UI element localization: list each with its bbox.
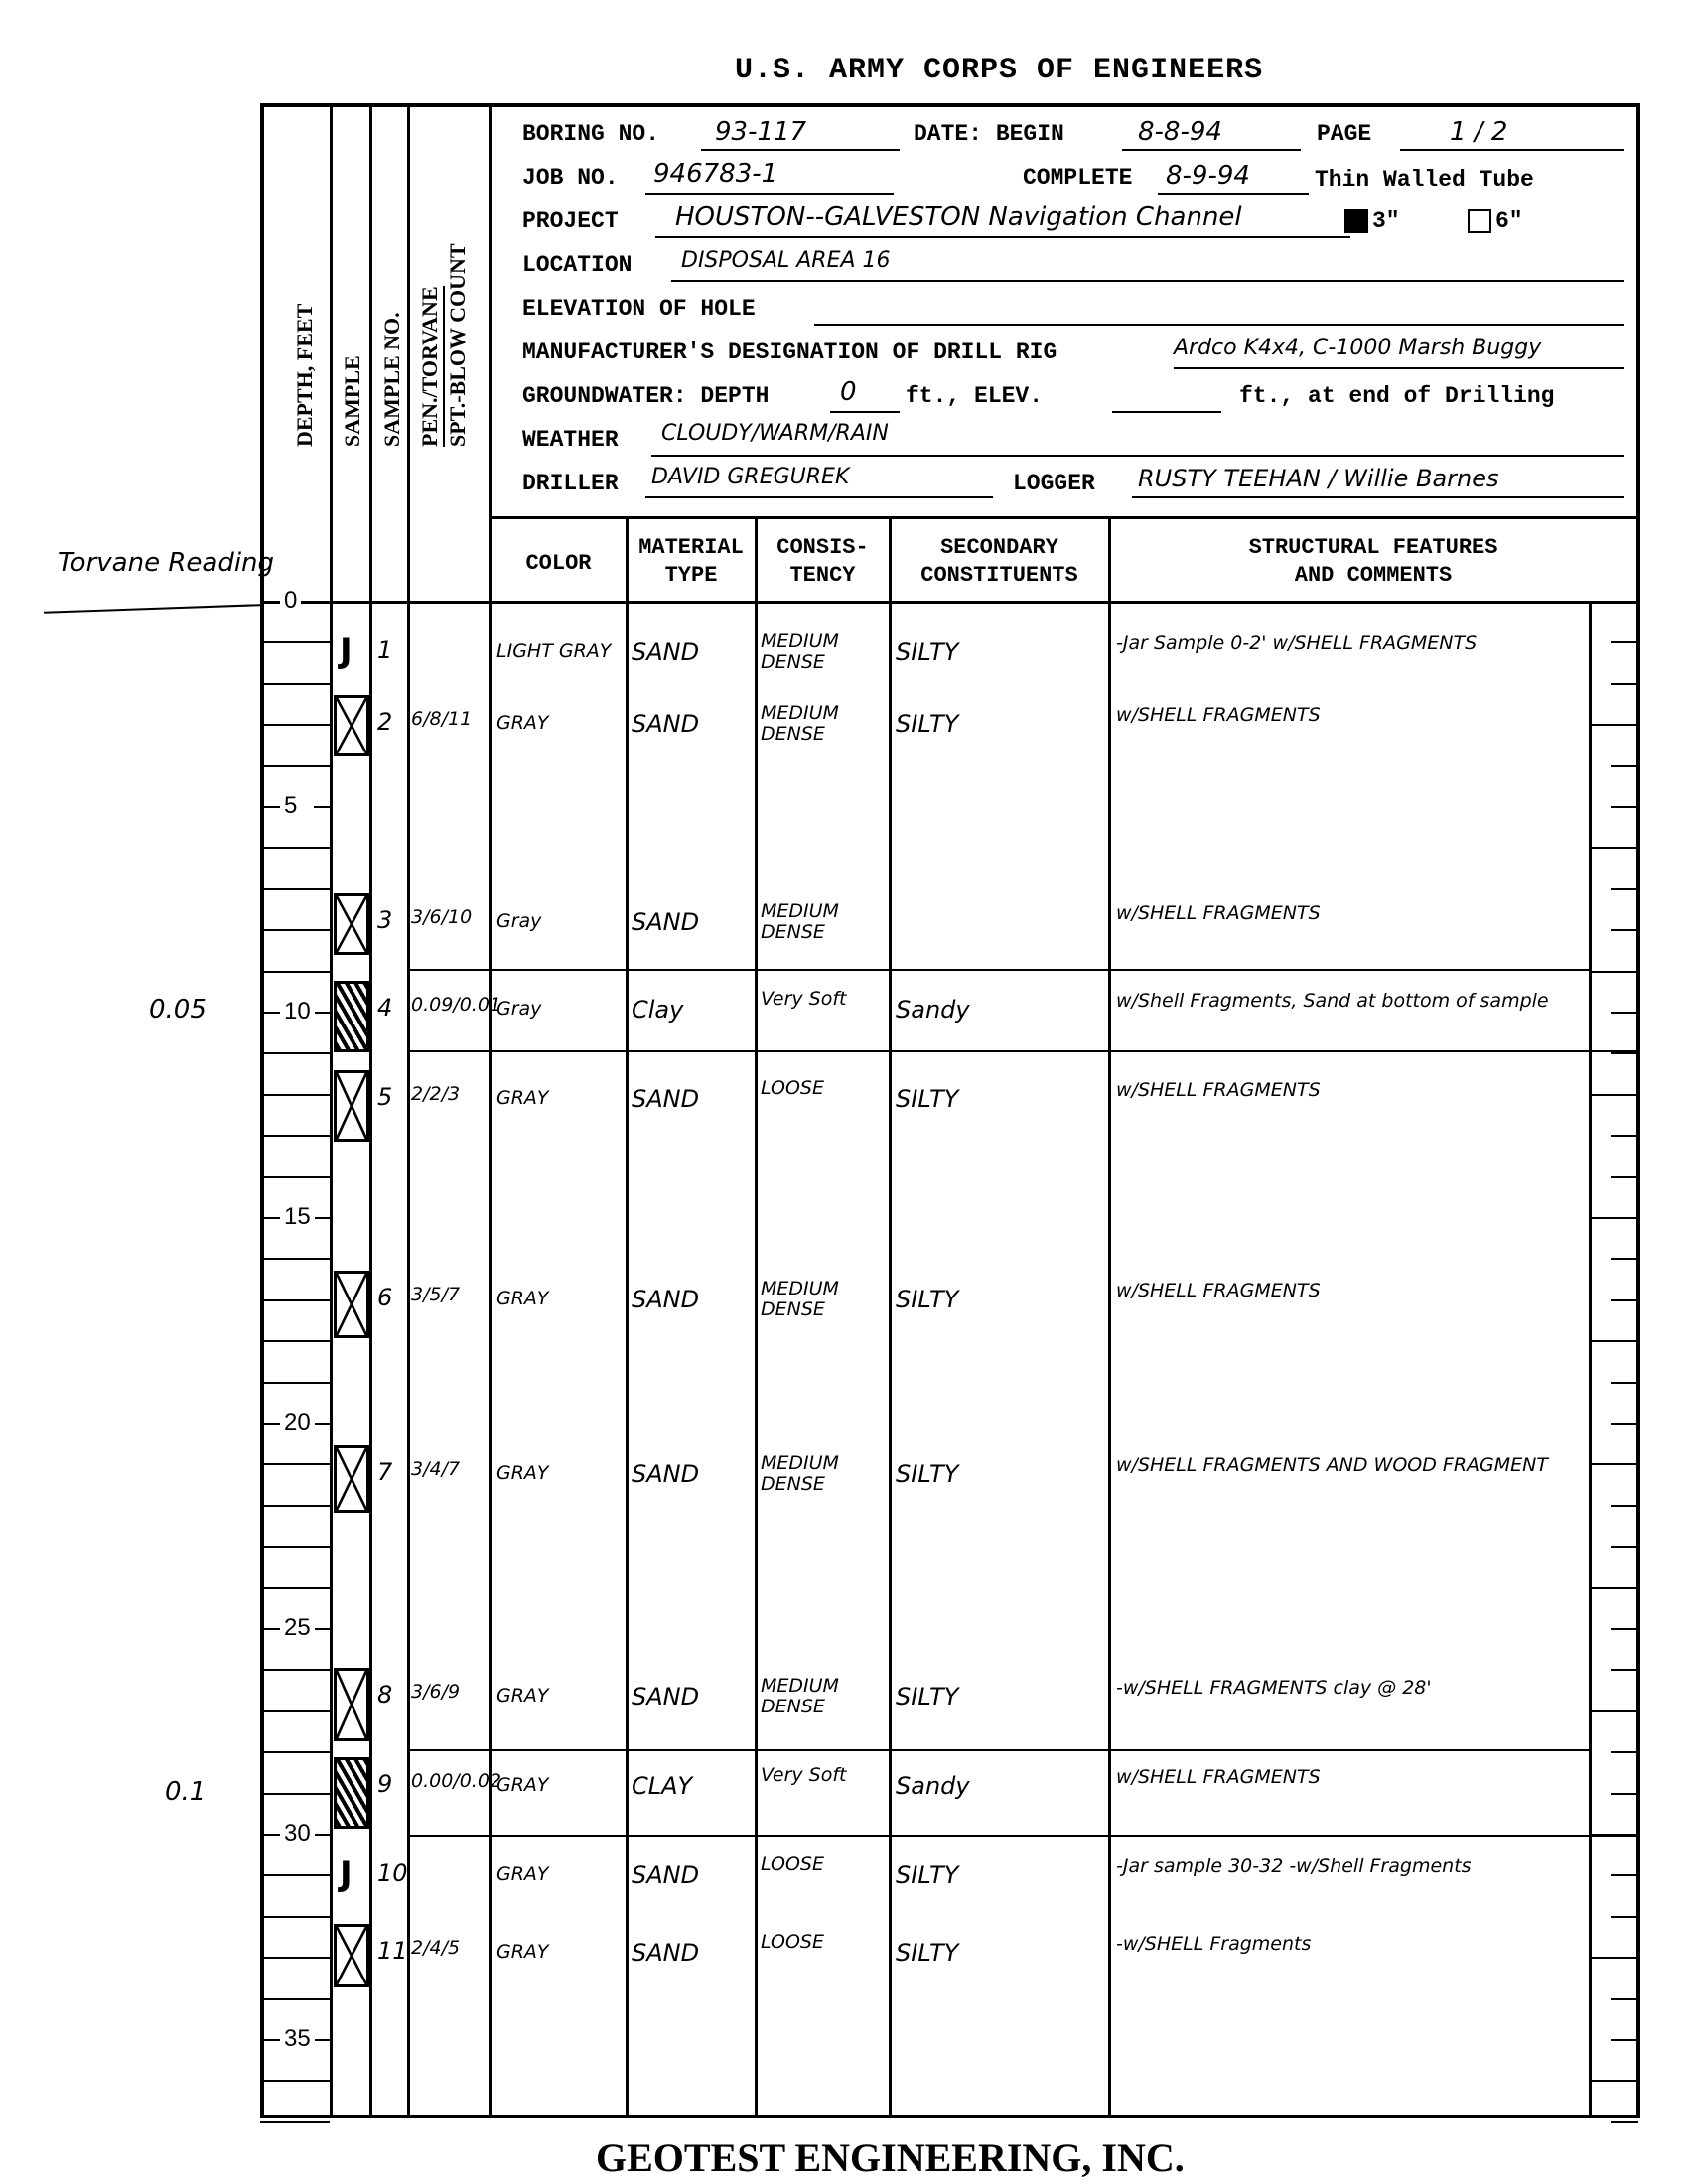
depth-tick: [260, 1340, 330, 1342]
depth-label: 5: [280, 792, 301, 820]
scale-tick: [1611, 1505, 1638, 1507]
material-type: Clay: [632, 997, 683, 1023]
scale-tick: [1611, 1382, 1638, 1384]
depth-tick: [260, 806, 280, 808]
scale-tick: [1592, 971, 1638, 973]
depth-tick: [260, 1751, 330, 1753]
col-divider-material: [755, 516, 758, 2118]
depth-tick: [260, 1094, 330, 1096]
depth-tick: [260, 1834, 280, 1836]
tube-label: Thin Walled Tube: [1315, 167, 1534, 193]
material-type: SAND: [632, 1940, 699, 1966]
soil-color: GRAY: [496, 1463, 620, 1484]
depth-tick: [260, 2039, 280, 2041]
scale-tick: [1611, 1176, 1638, 1178]
material-type: SAND: [632, 1684, 699, 1709]
depth-tick: [260, 1463, 330, 1465]
blow-count: 0.00/0.02: [411, 1771, 501, 1792]
scale-tick: [1611, 1793, 1638, 1795]
tube-option-6in[interactable]: 6": [1464, 208, 1523, 234]
structural-comments: w/SHELL FRAGMENTS: [1116, 1281, 1583, 1301]
split-spoon-sample-icon: [334, 893, 369, 955]
date-begin-label: DATE: BEGIN: [914, 121, 1064, 147]
soil-color: GRAY: [496, 713, 620, 734]
job-no-value[interactable]: 946783-1: [653, 159, 777, 189]
torvane-reading-1: 0.05: [149, 995, 207, 1024]
split-spoon-sample-icon: [334, 695, 369, 756]
secondary-constituents: SILTY: [896, 1684, 958, 1709]
tube-option-3in[interactable]: 3": [1340, 208, 1400, 234]
secondary-constituents: SILTY: [896, 1086, 958, 1112]
material-type: CLAY: [632, 1773, 692, 1799]
logger-label: LOGGER: [1013, 471, 1095, 496]
col-divider-sample: [369, 103, 372, 2118]
blow-count: 6/8/11: [411, 709, 472, 730]
depth-label: 0: [280, 587, 301, 614]
torvane-reading-2: 0.1: [165, 1777, 206, 1807]
scale-tick: [1592, 1957, 1638, 1959]
soil-color: GRAY: [496, 1289, 620, 1309]
jar-sample-icon: J: [334, 623, 369, 685]
depth-tick: [260, 971, 330, 973]
blow-count: 3/6/10: [411, 907, 472, 928]
sample-number: 1: [377, 637, 392, 663]
scale-tick: [1592, 1710, 1638, 1712]
col-header-sample: SAMPLE: [340, 355, 365, 447]
drill-rig-label: MANUFACTURER'S DESIGNATION OF DRILL RIG: [522, 340, 1057, 365]
consistency: MEDIUM DENSE: [761, 901, 884, 943]
col-header-pen-torvane: PEN./TORVANE: [417, 286, 445, 447]
col-header-spt: SPT.-BLOW COUNT: [445, 243, 471, 447]
depth-tick: [260, 724, 330, 726]
project-label: PROJECT: [522, 208, 619, 234]
scale-tick: [1592, 1463, 1638, 1465]
depth-tick: [260, 1135, 330, 1137]
elevation-label: ELEVATION OF HOLE: [522, 296, 756, 322]
col-divider-color: [626, 516, 629, 2118]
groundwater-label: GROUNDWATER: DEPTH: [522, 383, 769, 409]
material-type: SAND: [632, 711, 699, 737]
scale-tick: [1592, 724, 1638, 726]
scale-tick: [1611, 1628, 1638, 1630]
sample-number: 6: [377, 1285, 392, 1310]
depth-tick: [260, 683, 330, 685]
secondary-constituents: Sandy: [896, 1773, 970, 1799]
scale-tick: [1611, 1916, 1638, 1918]
scale-tick: [1592, 1217, 1638, 1219]
scale-tick: [1611, 929, 1638, 931]
blow-count: 0.09/0.01: [411, 995, 501, 1016]
soil-color: GRAY: [496, 1088, 620, 1109]
structural-comments: w/SHELL FRAGMENTS: [1116, 1080, 1583, 1101]
scale-tick: [1611, 806, 1638, 808]
structural-comments: w/SHELL FRAGMENTS: [1116, 903, 1583, 924]
driller-value[interactable]: DAVID GREGUREK: [651, 465, 849, 489]
structural-comments: w/SHELL FRAGMENTS: [1116, 705, 1583, 726]
scale-tick: [1611, 765, 1638, 767]
scale-tick: [1611, 2039, 1638, 2041]
boring-no-value[interactable]: 93-117: [715, 117, 806, 147]
scale-tick: [1611, 2121, 1638, 2123]
depth-tick: [260, 1052, 330, 1054]
agency-title: U.S. ARMY CORPS OF ENGINEERS: [735, 54, 1263, 87]
structural-comments: -w/SHELL Fragments: [1116, 1934, 1583, 1955]
consistency: LOOSE: [761, 1078, 884, 1099]
soil-color: GRAY: [496, 1686, 620, 1706]
job-no-label: JOB NO.: [522, 165, 619, 191]
scale-tick: [1611, 888, 1638, 890]
depth-tick: [260, 1710, 330, 1712]
scale-tick: [1611, 1751, 1638, 1753]
end-of-drilling-label: ft., at end of Drilling: [1239, 383, 1554, 409]
material-type: SAND: [632, 1862, 699, 1888]
depth-tick: [260, 1874, 330, 1876]
depth-tick: [260, 847, 330, 849]
scale-tick: [1611, 1052, 1638, 1054]
consistency: Very Soft: [761, 1765, 884, 1786]
soil-color: GRAY: [496, 1942, 620, 1963]
sample-number: 4: [377, 995, 392, 1021]
location-value[interactable]: DISPOSAL AREA 16: [681, 248, 891, 273]
depth-tick: [260, 1299, 330, 1301]
col-header-depth: DEPTH, FEET: [292, 304, 318, 447]
header-bottom-line: [489, 516, 1640, 519]
soil-color: Gray: [496, 999, 620, 1020]
depth-tick: [260, 641, 330, 643]
col-header-material: MATERIALTYPE: [628, 534, 755, 590]
material-type: SAND: [632, 1086, 699, 1112]
checkbox-3in[interactable]: [1344, 209, 1368, 233]
split-spoon-sample-icon: [334, 1668, 369, 1741]
soil-color: GRAY: [496, 1864, 620, 1885]
secondary-constituents: Sandy: [896, 997, 970, 1023]
sample-number: 3: [377, 907, 392, 933]
scale-tick: [1611, 641, 1638, 643]
depth-tick: [260, 1423, 280, 1425]
depth-label: 15: [280, 1203, 315, 1231]
scale-tick: [1611, 1299, 1638, 1301]
consistency: MEDIUM DENSE: [761, 1453, 884, 1495]
groundwater-depth-value[interactable]: 0: [840, 377, 857, 407]
depth-tick: [260, 1217, 280, 1219]
structural-comments: w/SHELL FRAGMENTS: [1116, 1767, 1583, 1788]
col-header-structural: STRUCTURAL FEATURESAND COMMENTS: [1110, 534, 1636, 590]
split-spoon-sample-icon: [334, 1924, 369, 1987]
page-value: 1 / 2: [1450, 117, 1507, 147]
consistency: LOOSE: [761, 1932, 884, 1953]
tube-sample-icon: [334, 981, 369, 1052]
col-divider-sampleno: [407, 103, 410, 2118]
torvane-reading-note: Torvane Reading: [58, 548, 274, 578]
col-divider-scale: [1589, 601, 1592, 2118]
sample-number: 9: [377, 1771, 392, 1797]
material-type: SAND: [632, 1287, 699, 1312]
scale-tick: [1592, 847, 1638, 849]
sample-number: 5: [377, 1084, 392, 1110]
depth-label: 25: [280, 1614, 315, 1642]
weather-value[interactable]: CLOUDY/WARM/RAIN: [661, 421, 889, 446]
col-divider-secondary: [1108, 516, 1111, 2118]
secondary-constituents: SILTY: [896, 1461, 958, 1487]
elev-label: ft., ELEV.: [906, 383, 1043, 409]
location-label: LOCATION: [522, 252, 632, 278]
depth-tick: [260, 2080, 330, 2082]
depth-label: 20: [280, 1409, 315, 1436]
scale-tick: [1592, 1094, 1638, 1096]
scale-tick: [1611, 1423, 1638, 1425]
consistency: MEDIUM DENSE: [761, 1279, 884, 1320]
structural-comments: w/SHELL FRAGMENTS AND WOOD FRAGMENT: [1116, 1455, 1583, 1476]
logger-value[interactable]: RUSTY TEEHAN / Willie Barnes: [1138, 465, 1499, 492]
depth-tick: [260, 1546, 330, 1548]
scale-tick: [1611, 1669, 1638, 1671]
consistency: MEDIUM DENSE: [761, 1676, 884, 1717]
soil-color: GRAY: [496, 1775, 620, 1796]
sample-number: 11: [377, 1938, 408, 1964]
depth-label: 30: [280, 1820, 315, 1847]
page-label: PAGE: [1317, 121, 1371, 147]
scale-tick: [1611, 1135, 1638, 1137]
secondary-constituents: SILTY: [896, 639, 958, 665]
col-header-color: COLOR: [492, 550, 626, 578]
soil-color: Gray: [496, 911, 620, 932]
depth-tick: [260, 1012, 280, 1014]
col-header-sample-no: SAMPLE NO.: [379, 312, 405, 447]
depth-tick: [260, 1957, 330, 1959]
split-spoon-sample-icon: [334, 1445, 369, 1513]
depth-tick: [260, 765, 330, 767]
blow-count: 3/6/9: [411, 1682, 460, 1703]
checkbox-6in[interactable]: [1468, 209, 1491, 233]
structural-comments: -Jar sample 30-32 -w/Shell Fragments: [1116, 1856, 1583, 1877]
colhead-bottom-line: [260, 601, 1640, 604]
scale-tick: [1592, 1587, 1638, 1589]
depth-tick: [260, 929, 330, 931]
depth-tick: [260, 1382, 330, 1384]
depth-tick: [260, 1587, 330, 1589]
consistency: Very Soft: [761, 989, 884, 1010]
depth-tick: [260, 1916, 330, 1918]
secondary-constituents: SILTY: [896, 1287, 958, 1312]
blow-count: 2/2/3: [411, 1084, 460, 1105]
scale-tick: [1611, 1874, 1638, 1876]
depth-tick: [260, 1258, 330, 1260]
driller-label: DRILLER: [522, 471, 619, 496]
sample-number: 8: [377, 1682, 392, 1707]
jar-sample-icon: J: [334, 1846, 369, 1914]
date-begin-value[interactable]: 8-8-94: [1138, 117, 1222, 147]
material-type: SAND: [632, 1461, 699, 1487]
material-type: SAND: [632, 909, 699, 935]
col-header-consistency: CONSIS-TENCY: [757, 534, 889, 590]
structural-comments: -w/SHELL FRAGMENTS clay @ 28': [1116, 1678, 1583, 1699]
row-line: [407, 1050, 1638, 1052]
date-complete-value[interactable]: 8-9-94: [1166, 161, 1250, 191]
col-header-secondary: SECONDARYCONSTITUENTS: [891, 534, 1108, 590]
secondary-constituents: SILTY: [896, 1862, 958, 1888]
depth-label: 10: [280, 998, 315, 1025]
depth-tick: [260, 1628, 280, 1630]
split-spoon-sample-icon: [334, 1271, 369, 1338]
scale-tick: [1592, 1340, 1638, 1342]
col-divider-depth: [330, 103, 333, 2118]
row-line: [407, 969, 1589, 971]
consistency: MEDIUM DENSE: [761, 703, 884, 745]
row-line: [407, 1835, 1638, 1837]
company-footer: GEOTEST ENGINEERING, INC.: [596, 2134, 1185, 2181]
consistency: LOOSE: [761, 1854, 884, 1875]
secondary-constituents: SILTY: [896, 1940, 958, 1966]
sample-number: 10: [377, 1860, 408, 1886]
scale-tick: [1611, 1998, 1638, 2000]
scale-tick: [1611, 1258, 1638, 1260]
depth-tick: [260, 1669, 330, 1671]
row-line: [407, 1749, 1589, 1751]
depth-tick: [260, 1793, 330, 1795]
col-divider-consistency: [889, 516, 892, 2118]
sample-number: 7: [377, 1459, 392, 1485]
depth-label: 35: [280, 2025, 315, 2053]
drill-rig-value[interactable]: Ardco K4x4, C-1000 Marsh Buggy: [1174, 336, 1541, 360]
project-value[interactable]: HOUSTON--GALVESTON Navigation Channel: [675, 203, 1242, 232]
weather-label: WEATHER: [522, 427, 619, 453]
soil-color: LIGHT GRAY: [496, 641, 620, 662]
scale-tick: [1611, 683, 1638, 685]
material-type: SAND: [632, 639, 699, 665]
structural-comments: -Jar Sample 0-2' w/SHELL FRAGMENTS: [1116, 633, 1583, 654]
sample-number: 2: [377, 709, 392, 735]
secondary-constituents: SILTY: [896, 711, 958, 737]
blow-count: 3/4/7: [411, 1459, 460, 1480]
depth-tick: [260, 1998, 330, 2000]
depth-tick: [260, 2121, 330, 2123]
consistency: MEDIUM DENSE: [761, 631, 884, 673]
scale-tick: [1611, 1546, 1638, 1548]
tube-sample-icon: [334, 1757, 369, 1829]
scale-tick: [1592, 2080, 1638, 2082]
split-spoon-sample-icon: [334, 1070, 369, 1142]
depth-tick: [260, 1505, 330, 1507]
col-divider-pen: [489, 103, 492, 2118]
complete-label: COMPLETE: [1023, 165, 1132, 191]
blow-count: 2/4/5: [411, 1938, 460, 1959]
depth-tick: [260, 1176, 330, 1178]
depth-tick: [260, 888, 330, 890]
boring-no-label: BORING NO.: [522, 121, 659, 147]
blow-count: 3/5/7: [411, 1285, 460, 1305]
structural-comments: w/Shell Fragments, Sand at bottom of sam…: [1116, 991, 1583, 1012]
scale-tick: [1611, 1012, 1638, 1014]
